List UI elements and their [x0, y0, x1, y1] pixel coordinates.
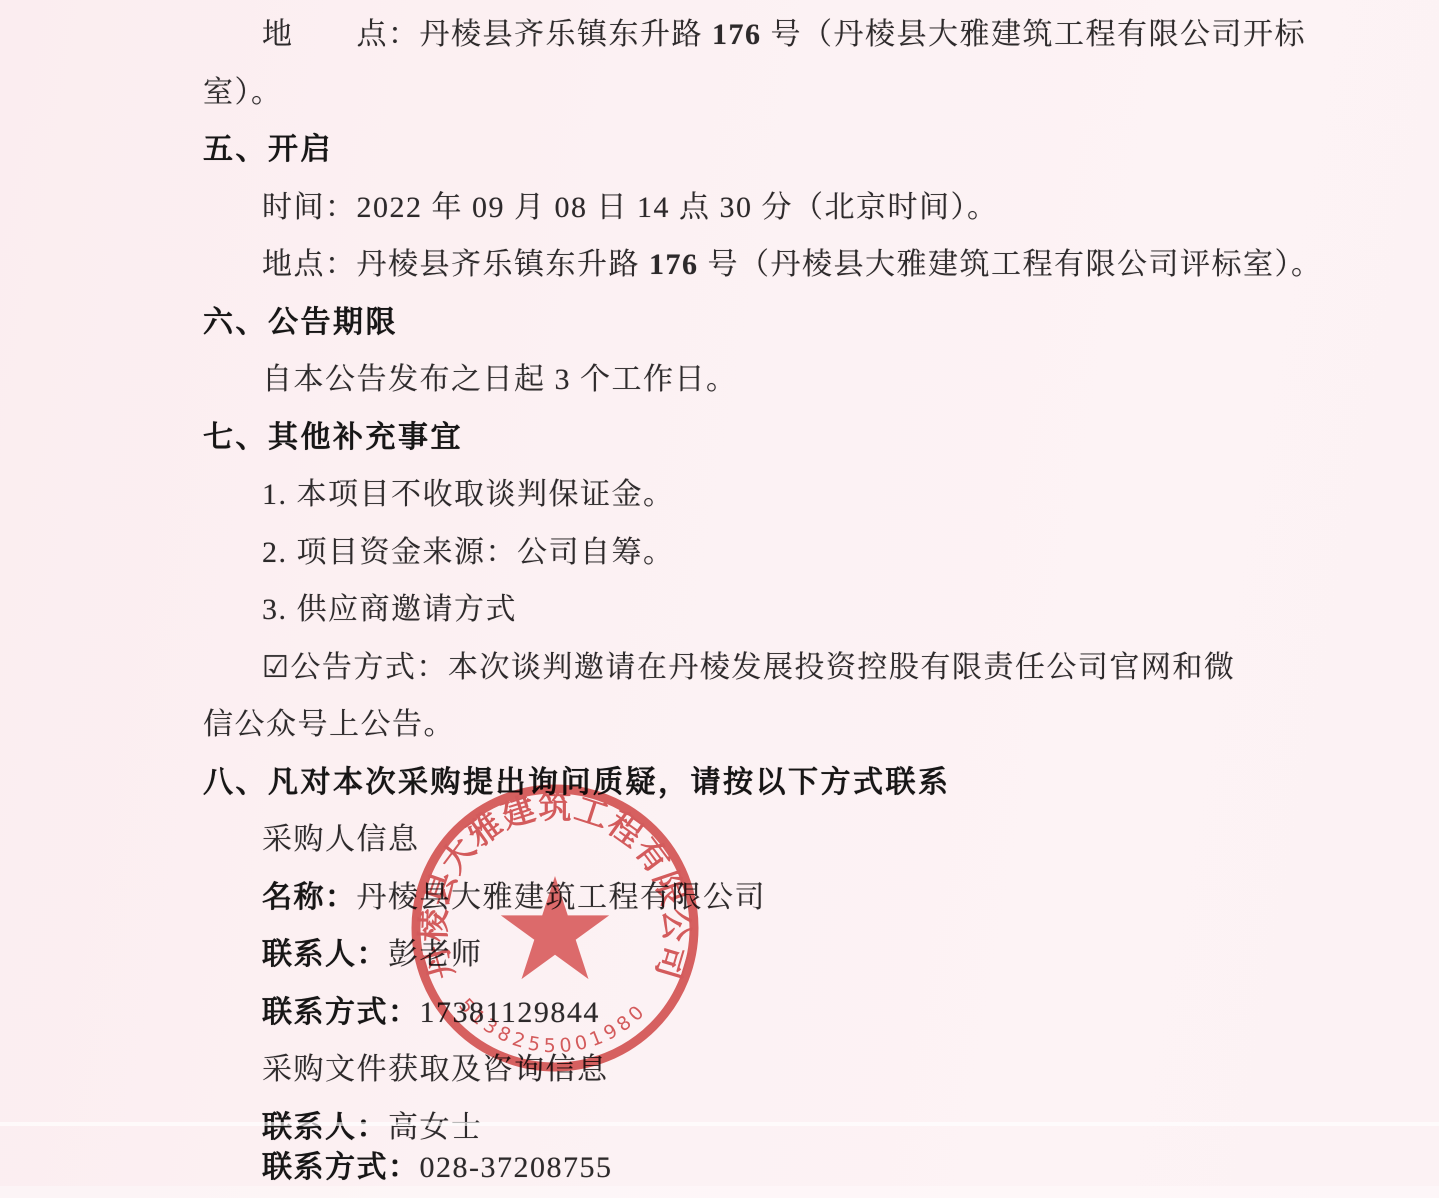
text-run: 176 — [712, 18, 762, 51]
text-run: 地点：丹棱县齐乐镇东升路 — [262, 248, 649, 281]
line-open-location: 地点：丹棱县齐乐镇东升路 176 号（丹棱县大雅建筑工程有限公司评标室）。 — [203, 236, 1263, 294]
text-run: 联系方式： — [262, 996, 420, 1029]
text-run: 地 点：丹棱县齐乐镇东升路 — [262, 18, 712, 51]
text-run: 3. 供应商邀请方式 — [262, 593, 517, 626]
line-announcement-period: 自本公告发布之日起 3 个工作日。 — [203, 351, 1263, 409]
document-page: 地 点：丹棱县齐乐镇东升路 176 号（丹棱县大雅建筑工程有限公司开标室）。五、… — [0, 0, 1439, 1198]
line-doc-acquisition-title: 采购文件获取及咨询信息 — [203, 1041, 1263, 1099]
line-location-label: 地 点：丹棱县齐乐镇东升路 176 号（丹棱县大雅建筑工程有限公司开标 — [203, 6, 1263, 64]
text-run: 176 — [649, 248, 699, 281]
list-item-1-no-deposit: 1. 本项目不收取谈判保证金。 — [203, 466, 1263, 524]
heading-section-8-contact: 八、凡对本次采购提出询问质疑，请按以下方式联系 — [203, 754, 1263, 812]
text-run: 联系方式： — [262, 1151, 420, 1184]
line-open-time: 时间：2022 年 09 月 08 日 14 点 30 分（北京时间）。 — [203, 179, 1263, 237]
text-run: 1. 本项目不收取谈判保证金。 — [262, 478, 675, 511]
company-seal-stamp: 丹棱县大雅建筑工程有限公司 5138255001980 — [405, 778, 705, 1078]
list-item-3-supplier-invitation: 3. 供应商邀请方式 — [203, 581, 1263, 639]
text-run: ☑公告方式：本次谈判邀请在丹棱发展投资控股有限责任公司官网和微 — [262, 651, 1235, 684]
line-purchaser-contact-number: 联系方式：17381129844 — [203, 984, 1263, 1042]
text-run: 028-37208755 — [420, 1151, 613, 1184]
text-run: 时间：2022 年 09 月 08 日 14 点 30 分（北京时间）。 — [262, 191, 999, 224]
text-run: 采购人信息 — [262, 823, 420, 856]
text-run: 七、其他补充事宜 — [203, 421, 463, 454]
line-announcement-method: ☑公告方式：本次谈判邀请在丹棱发展投资控股有限责任公司官网和微 — [203, 639, 1263, 697]
text-run: 自本公告发布之日起 3 个工作日。 — [262, 363, 738, 396]
scan-artifact-line — [0, 1122, 1439, 1126]
text-run: 信公众号上公告。 — [203, 708, 455, 741]
text-run: 五、开启 — [203, 133, 333, 166]
line-purchaser-info-title: 采购人信息 — [203, 811, 1263, 869]
text-run: 室）。 — [203, 76, 283, 109]
star-icon — [501, 876, 609, 979]
document-body: 地 点：丹棱县齐乐镇东升路 176 号（丹棱县大雅建筑工程有限公司开标室）。五、… — [203, 6, 1263, 1197]
text-run: 号（丹棱县大雅建筑工程有限公司开标 — [762, 18, 1307, 51]
list-item-2-funding-source: 2. 项目资金来源：公司自筹。 — [203, 524, 1263, 582]
text-run: 六、公告期限 — [203, 306, 398, 339]
text-run: 2. 项目资金来源：公司自筹。 — [262, 536, 675, 569]
scan-artifact-bottom-strip — [0, 1186, 1439, 1198]
text-run: 号（丹棱县大雅建筑工程有限公司评标室）。 — [699, 248, 1323, 281]
heading-section-5-opening: 五、开启 — [203, 121, 1263, 179]
text-run: 名称： — [262, 881, 357, 914]
line-location-tail: 室）。 — [203, 64, 1263, 122]
line-announcement-method-tail: 信公众号上公告。 — [203, 696, 1263, 754]
text-run: 联系人： — [262, 938, 388, 971]
line-purchaser-name: 名称：丹棱县大雅建筑工程有限公司 — [203, 869, 1263, 927]
line-purchaser-contact-person: 联系人：彭老师 — [203, 926, 1263, 984]
heading-section-7-supplementary: 七、其他补充事宜 — [203, 409, 1263, 467]
heading-section-6-announcement-period: 六、公告期限 — [203, 294, 1263, 352]
